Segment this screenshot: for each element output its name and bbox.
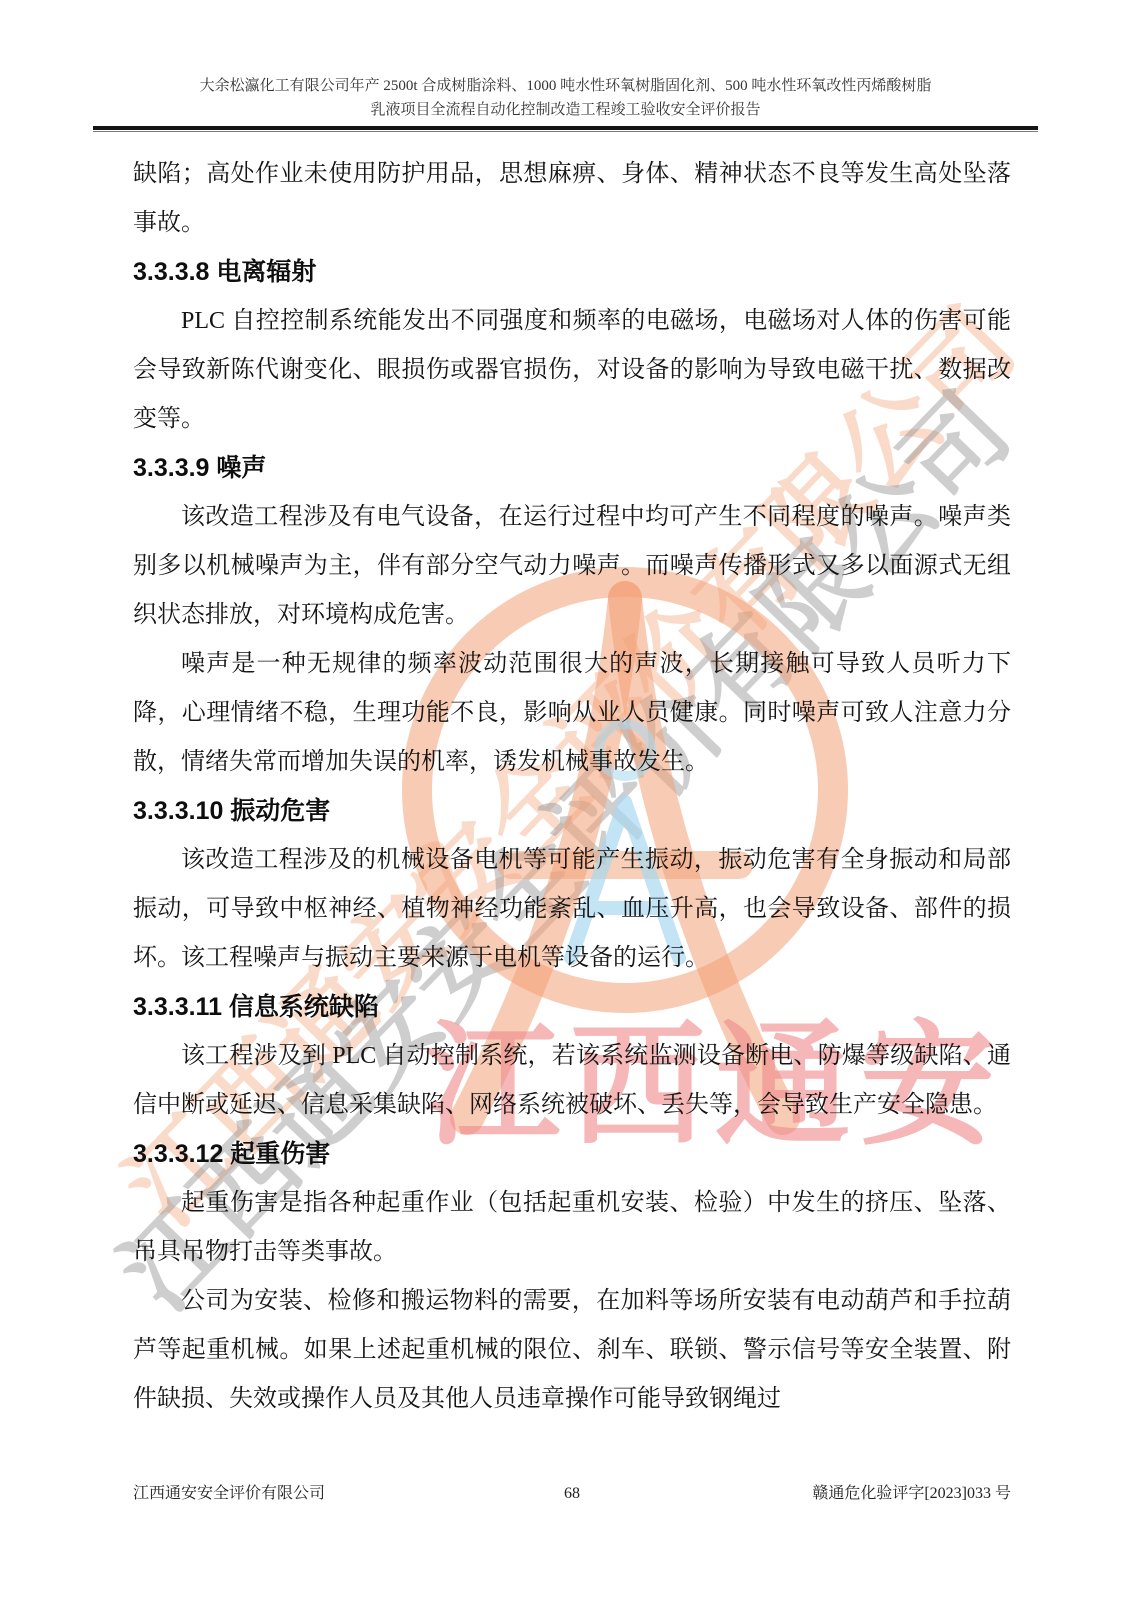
paragraph: PLC 自控控制系统能发出不同强度和频率的电磁场，电磁场对人体的伤害可能会导致新… bbox=[133, 297, 1011, 444]
footer-page-number: 68 bbox=[532, 1485, 612, 1503]
footer-company-name: 江西通安安全评价有限公司 bbox=[133, 1480, 532, 1503]
section-heading: 3.3.3.10 振动危害 bbox=[133, 787, 1011, 836]
report-title-line2: 乳液项目全流程自动化控制改造工程竣工验收安全评价报告 bbox=[70, 98, 1061, 122]
paragraph: 该改造工程涉及有电气设备，在运行过程中均可产生不同程度的噪声。噪声类别多以机械噪… bbox=[133, 493, 1011, 640]
report-title-line1: 大余松瀛化工有限公司年产 2500t 合成树脂涂料、1000 吨水性环氧树脂固化… bbox=[70, 74, 1061, 98]
document-page: { "header": { "title_line1": "大余松瀛化工有限公司… bbox=[0, 0, 1131, 1600]
paragraph: 该改造工程涉及的机械设备电机等可能产生振动，振动危害有全身振动和局部振动，可导致… bbox=[133, 836, 1011, 983]
footer-doc-number: 赣通危化验评字[2023]033 号 bbox=[612, 1480, 1011, 1503]
paragraph: 噪声是一种无规律的频率波动范围很大的声波，长期接触可导致人员听力下降，心理情绪不… bbox=[133, 640, 1011, 787]
section-heading: 3.3.3.9 噪声 bbox=[133, 444, 1011, 493]
paragraph: 缺陷；高处作业未使用防护用品，思想麻痹、身体、精神状态不良等发生高处坠落事故。 bbox=[133, 150, 1011, 248]
section-heading: 3.3.3.8 电离辐射 bbox=[133, 248, 1011, 297]
paragraph: 起重伤害是指各种起重作业（包括起重机安装、检验）中发生的挤压、坠落、吊具吊物打击… bbox=[133, 1179, 1011, 1277]
page-footer: 江西通安安全评价有限公司 68 赣通危化验评字[2023]033 号 bbox=[133, 1480, 1011, 1503]
section-heading: 3.3.3.12 起重伤害 bbox=[133, 1130, 1011, 1179]
report-header: 大余松瀛化工有限公司年产 2500t 合成树脂涂料、1000 吨水性环氧树脂固化… bbox=[70, 74, 1061, 122]
header-divider-thin-line bbox=[93, 131, 1038, 132]
header-divider bbox=[93, 126, 1038, 132]
document-body: 缺陷；高处作业未使用防护用品，思想麻痹、身体、精神状态不良等发生高处坠落事故。3… bbox=[133, 150, 1011, 1424]
paragraph: 公司为安装、检修和搬运物料的需要，在加料等场所安装有电动葫芦和手拉葫芦等起重机械… bbox=[133, 1277, 1011, 1424]
paragraph: 该工程涉及到 PLC 自动控制系统，若该系统监测设备断电、防爆等级缺陷、通信中断… bbox=[133, 1032, 1011, 1130]
section-heading: 3.3.3.11 信息系统缺陷 bbox=[133, 983, 1011, 1032]
